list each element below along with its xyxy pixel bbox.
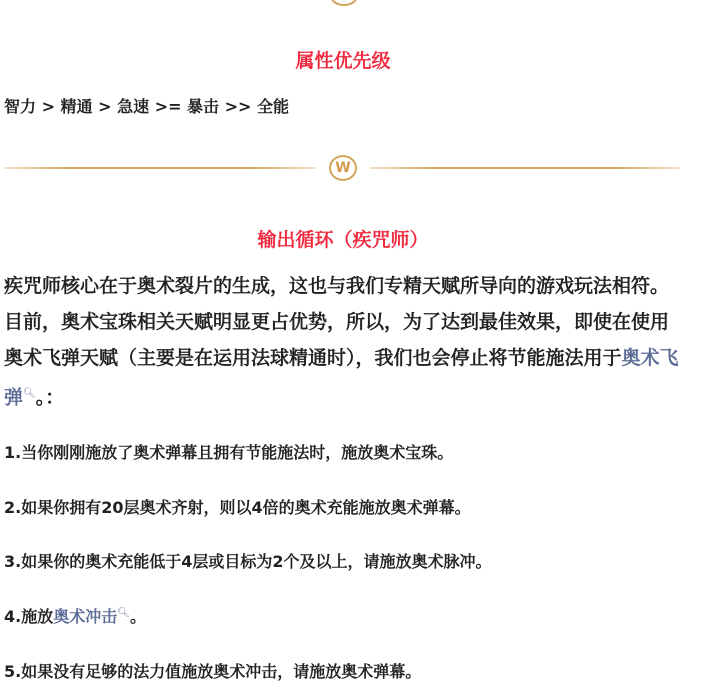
rotation-step: 5.如果没有足够的法力值施放奥术冲击，请施放奥术弹幕。 [4, 659, 421, 682]
rotation-step: 4.施放奥术冲击🔍︎。 [4, 604, 146, 627]
rotation-step: 3.如果你的奥术充能低于4层或目标为2个及以上，请施放奥术脉冲。 [4, 549, 491, 572]
step-suffix: 。 [130, 607, 146, 626]
search-icon[interactable]: 🔍︎ [117, 608, 130, 619]
intro-paragraph: 疾咒师核心在于奥术裂片的生成，这也与我们专精天赋所导向的游戏玩法相符。目前，奥术… [4, 268, 684, 415]
section-title-rotation: 输出循环（疾咒师） [0, 225, 686, 252]
rotation-step: 1.当你刚刚施放了奥术弹幕且拥有节能施法时，施放奥术宝珠。 [4, 440, 453, 463]
wow-emblem-icon: W [329, 155, 357, 181]
search-icon[interactable]: 🔍︎ [23, 388, 36, 399]
section-title-stat-priority: 属性优先级 [0, 46, 686, 73]
spell-link-arcane-blast[interactable]: 奥术冲击 [53, 607, 117, 626]
divider-line [4, 167, 316, 169]
stat-priority-text: 智力 > 精通 > 急速 >= 暴击 >> 全能 [4, 94, 289, 117]
divider-line [370, 167, 680, 169]
section-divider: W [4, 155, 680, 181]
divider-emblem-icon [330, 0, 358, 6]
intro-text: 疾咒师核心在于奥术裂片的生成，这也与我们专精天赋所导向的游戏玩法相符。目前，奥术… [4, 275, 669, 369]
intro-text-end: 。： [36, 386, 65, 408]
rotation-step: 2.如果你拥有20层奥术齐射，则以4倍的奥术充能施放奥术弹幕。 [4, 495, 471, 518]
step-prefix: 4.施放 [4, 607, 53, 626]
